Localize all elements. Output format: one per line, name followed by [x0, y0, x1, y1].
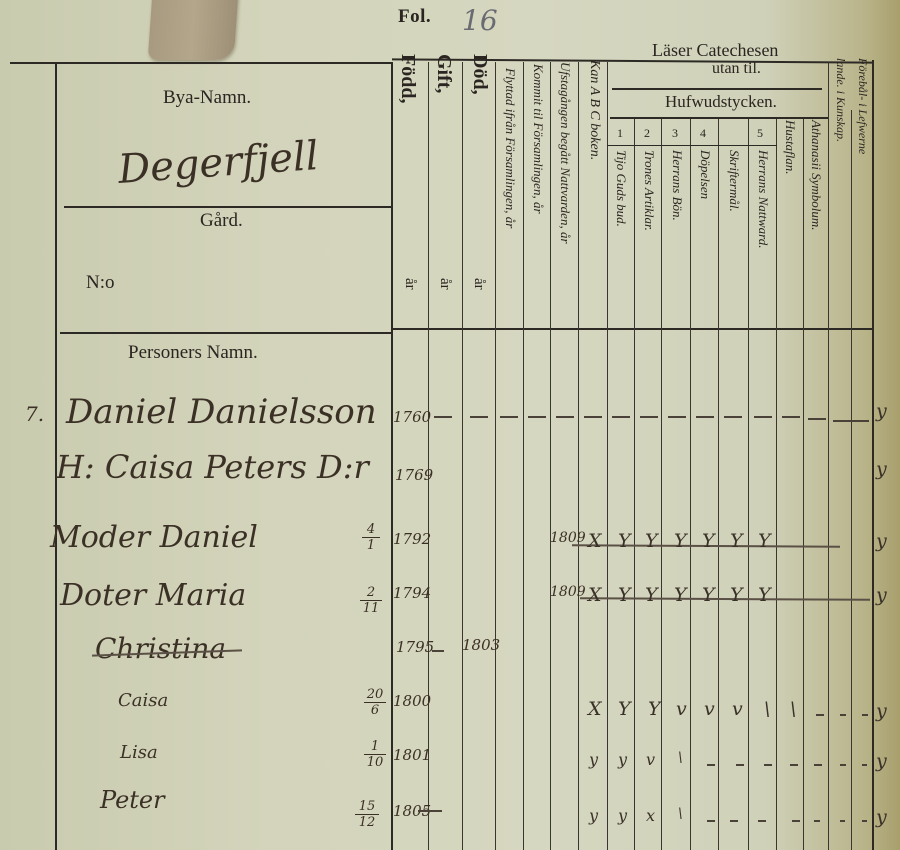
right-frame-line: [872, 60, 874, 850]
col-line: [776, 118, 777, 850]
top-rule-left: [10, 62, 392, 64]
part-header-6: Herrans Nattward.: [755, 150, 771, 248]
part-number-1: 1: [617, 126, 623, 141]
died-header: Död,: [468, 54, 491, 95]
village-name-value: Degerfjell: [117, 133, 320, 193]
dash-mark: [612, 416, 630, 418]
col-line: [661, 118, 662, 850]
part-number-2: 2: [644, 126, 650, 141]
birth-year: 1794: [393, 584, 431, 602]
mark: y: [589, 750, 598, 769]
married-header: Gift,: [432, 54, 455, 93]
dash-mark: [696, 416, 714, 418]
col-line: [634, 118, 635, 850]
number-label: N:o: [86, 272, 115, 294]
part-number-5: 5: [757, 126, 763, 141]
mark: y: [618, 750, 627, 769]
dash-mark: [640, 416, 658, 418]
dash-mark: [814, 820, 820, 822]
mark: v: [704, 698, 715, 720]
birth-year: 1800: [393, 692, 431, 710]
part-header-8: Athanasii Symbolum.: [808, 120, 824, 231]
born-year-unit: år: [401, 278, 418, 290]
birth-date: 41: [362, 523, 380, 552]
birth-date: 206: [364, 688, 386, 717]
village-name-label: Bya-Namn.: [163, 87, 251, 109]
dash-mark: [470, 416, 488, 418]
col-line: [748, 118, 749, 850]
person-name: Lisa: [120, 742, 158, 763]
col-line: [495, 62, 496, 850]
mark: x: [646, 806, 655, 825]
dash-mark: [434, 416, 452, 418]
mark: Y: [674, 584, 687, 606]
communion-header: Ufstagången begått Nattvarden, år: [557, 62, 573, 244]
right-mark: y: [876, 584, 887, 606]
right-mark: y: [876, 750, 887, 772]
col-line: [803, 118, 804, 850]
folio-label: Fol.: [398, 6, 431, 28]
catechism-title: Läser Catechesen: [652, 40, 778, 61]
birth-date: 110: [364, 740, 386, 769]
col-line: [428, 62, 429, 850]
dash-mark: [764, 764, 772, 766]
part-header-2: Trones Artiklar.: [641, 150, 657, 231]
mark: Y: [645, 584, 658, 606]
right-mark: y: [876, 400, 887, 422]
conduct-header: lande. i Kunskap.: [833, 58, 848, 142]
dash-mark: [707, 764, 715, 766]
dash-mark: [432, 650, 444, 652]
catechism-divider: [612, 88, 822, 90]
col-line: [607, 62, 608, 850]
dash-mark: [833, 420, 869, 422]
mark: y: [589, 806, 598, 825]
birth-year: 1801: [393, 746, 431, 764]
dash-mark: [418, 810, 442, 812]
mark: Y: [618, 530, 631, 552]
mark: Y: [618, 698, 631, 720]
right-mark: y: [876, 458, 887, 480]
moved-to-header: Kommit til Församlingen, år: [530, 64, 546, 214]
mark: Y: [702, 584, 715, 606]
death-year: 1803: [462, 636, 500, 654]
mark: Y: [702, 530, 715, 552]
person-name: Doter Maria: [60, 578, 246, 613]
dash-mark: [730, 820, 738, 822]
dash-mark: [808, 418, 826, 420]
right-mark: y: [876, 700, 887, 722]
farm-label: Gård.: [200, 210, 243, 232]
right-mark: y: [876, 530, 887, 552]
person-name: Moder Daniel: [50, 520, 258, 555]
dash-mark: [782, 416, 800, 418]
dash-mark: [792, 820, 800, 822]
married-year-unit: år: [436, 278, 453, 290]
birth-year: 1769: [395, 466, 433, 484]
dash-mark: [862, 764, 867, 766]
mark: Y: [758, 530, 771, 552]
mark: X: [588, 584, 602, 606]
part-header-4: Döpelsen: [697, 150, 713, 199]
birth-year: 1792: [393, 530, 431, 548]
dash-mark: [840, 714, 846, 716]
mark: \: [764, 698, 770, 720]
person-name-struck: Christina: [95, 632, 226, 665]
dash-mark: [754, 416, 772, 418]
mark: Y: [758, 584, 771, 606]
dash-mark: [736, 764, 744, 766]
person-name: Daniel Danielsson: [66, 392, 377, 432]
part-header-1: Tijo Guds bud.: [613, 150, 629, 227]
dash-mark: [584, 416, 602, 418]
col-line: [828, 62, 829, 850]
reading-header: Förebål- i Lefwerne: [855, 58, 870, 154]
part-number-divider: [607, 145, 777, 146]
dash-mark: [556, 416, 574, 418]
bookmark-tab: [148, 0, 239, 60]
col-line: [851, 110, 852, 850]
mark: X: [588, 698, 602, 720]
dash-mark: [758, 820, 766, 822]
dash-mark: [840, 764, 846, 766]
col-line: [718, 118, 719, 850]
mark: \: [790, 698, 796, 720]
birth-year: 1795: [396, 638, 434, 656]
mark: Y: [648, 698, 661, 720]
mark: v: [732, 698, 743, 720]
person-name: Caisa: [118, 690, 168, 711]
farm-divider: [60, 332, 392, 334]
person-name: Peter: [100, 786, 165, 814]
mark: v: [646, 750, 655, 769]
col-line: [690, 118, 691, 850]
mark: Y: [674, 530, 687, 552]
part-header-7: Hustaflan.: [782, 120, 798, 175]
abc-book-header: Kan A B C boken.: [586, 60, 602, 160]
mark: v: [676, 698, 687, 720]
top-rule-right: [392, 58, 872, 63]
dash-mark: [528, 416, 546, 418]
name-column-right-line: [391, 62, 393, 850]
dash-mark: [707, 820, 715, 822]
main-parts-divider: [610, 117, 828, 119]
dash-mark: [790, 764, 798, 766]
dash-mark: [862, 714, 868, 716]
col-line: [578, 62, 579, 850]
birth-date: 211: [360, 586, 382, 615]
part-number-3: 3: [672, 126, 678, 141]
dash-mark: [840, 820, 845, 822]
dash-mark: [816, 714, 824, 716]
mark: Y: [618, 584, 631, 606]
village-divider: [64, 206, 391, 208]
main-parts-title: Hufwudstycken.: [665, 92, 777, 112]
folio-number: 16: [462, 4, 498, 37]
part-header-5: Skriftermål.: [726, 150, 742, 212]
col-line: [550, 62, 551, 850]
persons-name-label: Personers Namn.: [128, 342, 258, 364]
person-name: H: Caisa Peters D:r: [56, 448, 369, 486]
part-number-4: 4: [700, 126, 706, 141]
dash-mark: [724, 416, 742, 418]
mark: X: [588, 530, 602, 552]
mark: \: [678, 806, 683, 822]
dash-mark: [668, 416, 686, 418]
died-year-unit: år: [470, 278, 487, 290]
mark: y: [618, 806, 627, 825]
dash-mark: [814, 764, 822, 766]
right-mark: y: [876, 806, 887, 828]
col-line: [523, 62, 524, 850]
dash-mark: [862, 820, 867, 822]
born-header: Född,: [396, 54, 419, 103]
header-bottom-rule: [392, 328, 872, 330]
catechism-subtitle: utan til.: [712, 60, 761, 78]
mark: Y: [645, 530, 658, 552]
moved-from-header: Flyttad ifrån Församlingen, år: [502, 68, 518, 228]
birth-year: 1760: [393, 408, 431, 426]
dash-mark: [500, 416, 518, 418]
household-number: 7.: [25, 402, 44, 426]
part-header-3: Herrans Bön.: [669, 150, 685, 221]
col-line: [462, 62, 463, 850]
mark: \: [678, 750, 683, 766]
mark: Y: [730, 530, 743, 552]
birth-date: 1512: [355, 800, 379, 829]
mark: Y: [730, 584, 743, 606]
